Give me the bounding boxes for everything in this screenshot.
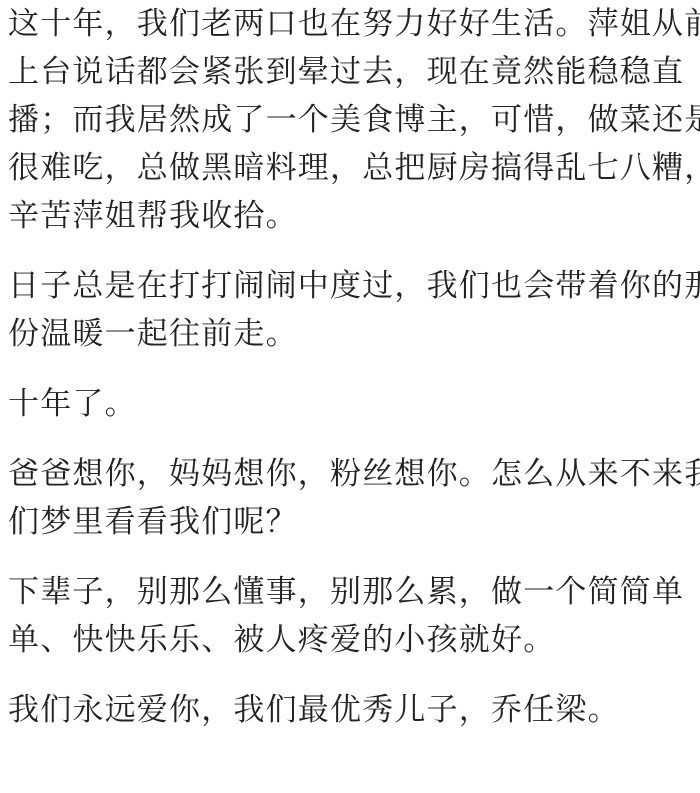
paragraph-next-life: 下辈子，别那么懂事，别那么累，做一个简简单 单、快快乐乐、被人疼爱的小孩就好。 — [8, 568, 698, 664]
text-line: 日子总是在打打闹闹中度过，我们也会带着你的那 — [8, 262, 698, 310]
paragraph-closing: 我们永远爱你，我们最优秀儿子，乔任梁。 — [8, 686, 698, 734]
paragraph-ten-years: 十年了。 — [8, 380, 698, 428]
text-line: 单、快快乐乐、被人疼爱的小孩就好。 — [8, 616, 698, 664]
text-line: 这十年，我们老两口也在努力好好生活。萍姐从前 — [8, 0, 698, 48]
text-line: 下辈子，别那么懂事，别那么累，做一个简简单 — [8, 568, 698, 616]
text-line: 播；而我居然成了一个美食博主，可惜，做菜还是 — [8, 96, 698, 144]
text-line: 十年了。 — [8, 380, 698, 428]
letter-document: 这十年，我们老两口也在努力好好生活。萍姐从前 上台说话都会紧张到晕过去，现在竟然… — [8, 0, 698, 756]
text-line: 很难吃，总做黑暗料理，总把厨房搞得乱七八糟， — [8, 144, 698, 192]
text-line: 们梦里看看我们呢？ — [8, 498, 698, 546]
paragraph-days-go-by: 日子总是在打打闹闹中度过，我们也会带着你的那 份温暖一起往前走。 — [8, 262, 698, 358]
text-line: 份温暖一起往前走。 — [8, 310, 698, 358]
text-line: 上台说话都会紧张到晕过去，现在竟然能稳稳直 — [8, 48, 698, 96]
paragraph-missing-you: 爸爸想你，妈妈想你，粉丝想你。怎么从来不来我 们梦里看看我们呢？ — [8, 450, 698, 546]
text-line: 辛苦萍姐帮我收拾。 — [8, 192, 698, 240]
text-line: 我们永远爱你，我们最优秀儿子，乔任梁。 — [8, 686, 698, 734]
paragraph-life-together: 这十年，我们老两口也在努力好好生活。萍姐从前 上台说话都会紧张到晕过去，现在竟然… — [8, 0, 698, 240]
text-line: 爸爸想你，妈妈想你，粉丝想你。怎么从来不来我 — [8, 450, 698, 498]
